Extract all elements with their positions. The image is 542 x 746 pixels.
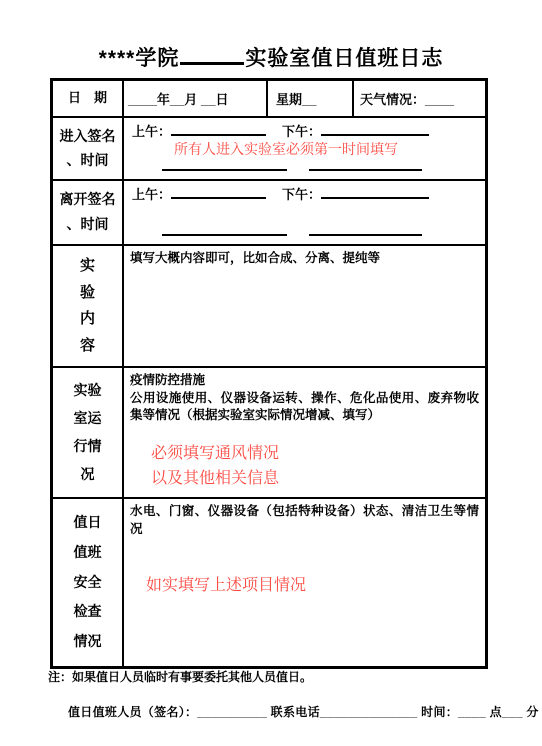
safety-label-line5: 情况	[74, 634, 102, 649]
leave-afternoon-blank	[321, 188, 429, 199]
operation-hint-line2: 公用设施使用、仪器设备运转、操作、危化品使用、废弃物收集等情况（根据实验室实际情…	[130, 390, 479, 425]
date-label: 日 期	[68, 91, 107, 105]
safety-check-row: 值日 值班 安全 检查 情况 水电、门窗、仪器设备（包括特种设备）状态、清洁卫生…	[53, 497, 485, 666]
entry-red-annotation: 所有人进入实验室必须第一时间填写	[174, 140, 477, 158]
entry-afternoon-label: 下午：	[282, 124, 321, 139]
experiment-label-cell: 实 验 内 容	[53, 246, 124, 366]
entry-morning-label: 上午：	[132, 124, 171, 139]
leave-sign-row: 离开签名 、时间 上午：下午：	[53, 179, 485, 244]
entry-sign-content-cell: 上午：下午： 所有人进入实验室必须第一时间填写	[124, 118, 485, 179]
operation-red-line1: 必须填写通风情况	[151, 441, 485, 466]
operation-status-row: 实验 室运 行情 况 疫情防控措施 公用设施使用、仪器设备运转、操作、危化品使用…	[53, 366, 485, 497]
leave-blank-1	[162, 225, 287, 236]
leave-time-line: 上午：下午：	[132, 186, 477, 203]
entry-sign-label-line2: 、时间	[67, 153, 109, 168]
entry-sign-row: 进入签名 、时间 上午：下午： 所有人进入实验室必须第一时间填写	[53, 116, 485, 179]
title-log-name: 实验室值日值班日志	[245, 47, 443, 70]
entry-blank-2	[309, 160, 422, 171]
operation-content-cell: 疫情防控措施 公用设施使用、仪器设备运转、操作、危化品使用、废弃物收集等情况（根…	[124, 368, 485, 497]
experiment-content-cell: 填写大概内容即可，比如合成、分离、提纯等	[124, 246, 485, 366]
experiment-label-char-3: 内	[80, 311, 95, 328]
experiment-label-char-1: 实	[80, 258, 95, 275]
weather-blank-field: 天气情况：____	[360, 89, 454, 108]
operation-hint-text: 疫情防控措施 公用设施使用、仪器设备运转、操作、危化品使用、废弃物收集等情况（根…	[124, 368, 485, 429]
operation-red-line2: 以及其他相关信息	[151, 466, 485, 491]
footer-note: 注：如果值日人员临时有事要委托其他人员值日。	[48, 668, 312, 685]
page-title: ****学院实验室值日值班日志	[0, 42, 542, 72]
experiment-label-char-4: 容	[80, 338, 95, 355]
weekday-blank-field: 星期__	[276, 89, 316, 108]
leave-afternoon-label: 下午：	[282, 187, 321, 202]
safety-label-line3: 安全	[74, 575, 102, 590]
entry-sign-label-line1: 进入签名	[60, 129, 116, 144]
leave-blank-2	[309, 225, 422, 236]
footer-signature-line: 值日值班人员（签名）：__________ 联系电话______________…	[68, 703, 539, 720]
date-value-cell: ____年__月 __日	[124, 81, 268, 116]
title-college: ****学院	[99, 47, 180, 70]
safety-label-line4: 检查	[74, 604, 102, 619]
operation-label-line4: 况	[81, 467, 95, 482]
duty-log-page: ****学院实验室值日值班日志 日 期 ____年__月 __日 星期__ 天气…	[0, 0, 542, 746]
leave-sign-content-cell: 上午：下午：	[124, 181, 485, 244]
safety-label-line2: 值班	[74, 545, 102, 560]
weekday-cell: 星期__	[268, 81, 354, 116]
safety-content-cell: 水电、门窗、仪器设备（包括特种设备）状态、清洁卫生等情况 如实填写上述项目情况	[124, 499, 485, 666]
entry-blank-1	[162, 160, 287, 171]
entry-sign-label-cell: 进入签名 、时间	[53, 118, 124, 179]
leave-morning-label: 上午：	[132, 187, 171, 202]
experiment-hint-text: 填写大概内容即可，比如合成、分离、提纯等	[124, 246, 485, 272]
title-blank-underline	[180, 44, 244, 65]
leave-sign-label-cell: 离开签名 、时间	[53, 181, 124, 244]
leave-sign-label-line1: 离开签名	[60, 192, 116, 207]
leave-morning-blank	[171, 188, 266, 199]
operation-label-line1: 实验	[74, 383, 102, 398]
entry-time-line: 上午：下午：	[132, 123, 477, 140]
weather-cell: 天气情况：____	[354, 81, 485, 116]
date-header-row: 日 期 ____年__月 __日 星期__ 天气情况：____	[53, 81, 485, 116]
date-blank-field: ____年__月 __日	[128, 89, 228, 108]
entry-afternoon-blank	[321, 125, 429, 136]
safety-label-cell: 值日 值班 安全 检查 情况	[53, 499, 124, 666]
date-label-cell: 日 期	[53, 81, 124, 116]
leave-extra-blanks	[132, 225, 477, 237]
operation-label-line3: 行情	[74, 439, 102, 454]
operation-red-annotation: 必须填写通风情况 以及其他相关信息	[151, 441, 485, 491]
safety-red-annotation: 如实填写上述项目情况	[146, 576, 485, 596]
entry-extra-blanks	[132, 160, 477, 172]
operation-label-line2: 室运	[74, 411, 102, 426]
duty-log-table: 日 期 ____年__月 __日 星期__ 天气情况：____ 进入签名 、时间…	[50, 78, 488, 669]
safety-label-line1: 值日	[74, 515, 102, 530]
operation-label-cell: 实验 室运 行情 况	[53, 368, 124, 497]
experiment-content-row: 实 验 内 容 填写大概内容即可，比如合成、分离、提纯等	[53, 244, 485, 366]
entry-morning-blank	[171, 125, 266, 136]
leave-sign-label-line2: 、时间	[67, 217, 109, 232]
safety-hint-text: 水电、门窗、仪器设备（包括特种设备）状态、清洁卫生等情况	[124, 499, 485, 542]
operation-hint-line1: 疫情防控措施	[130, 372, 479, 390]
experiment-label-char-2: 验	[80, 285, 95, 302]
